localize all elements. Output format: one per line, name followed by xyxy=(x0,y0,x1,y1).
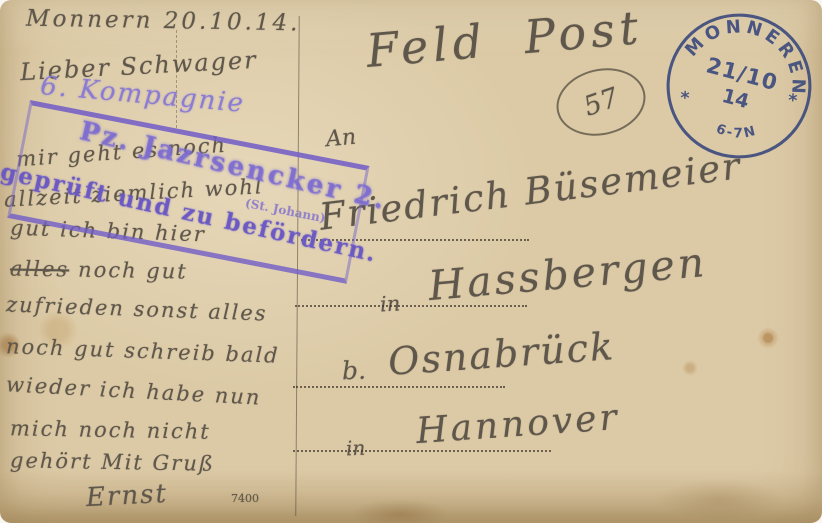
postmark-time-arc: 6-7N xyxy=(714,121,760,142)
message-signature: Ernst xyxy=(85,479,168,513)
address-prefix-in: in xyxy=(379,291,400,316)
message-line: wieder ich habe nun xyxy=(6,372,262,409)
message-dateline: Monnern 20.10.14. xyxy=(26,6,301,37)
message-line: mich noch nicht xyxy=(10,416,211,443)
postmark-star-left: * xyxy=(680,89,690,109)
message-line: gehört Mit Gruß xyxy=(10,448,215,476)
message-line: zufrieden sonst alles xyxy=(6,292,268,325)
address-rule-3 xyxy=(293,386,505,388)
circled-number-value: 57 xyxy=(580,82,623,122)
address-city: Osnabrück xyxy=(387,324,617,384)
left-dashed-line xyxy=(176,30,177,128)
address-town: Hassbergen xyxy=(426,238,708,310)
address-region: Hannover xyxy=(415,397,621,452)
address-rule-2 xyxy=(295,305,527,307)
postmark-date-group: 21/10 14 xyxy=(697,53,780,119)
circled-number: 57 xyxy=(550,60,653,145)
message-line-text: noch gut xyxy=(78,258,188,284)
address-prefix-bei: b. xyxy=(342,356,367,386)
address-rule-4 xyxy=(293,450,551,452)
postcard-scan: Monnern 20.10.14. Lieber Schwager mir ge… xyxy=(0,0,822,523)
message-line: allesnoch gut xyxy=(10,256,188,283)
address-intro: An xyxy=(325,125,357,153)
feldpost-title: Feld Post xyxy=(364,0,645,78)
censor-stamp-box: Pz. Jazrsencker 2. (St. Johann) geprüft … xyxy=(7,100,370,284)
pencil-number: 7400 xyxy=(231,492,259,505)
message-line: noch gut schreib bald xyxy=(6,334,280,368)
address-prefix-in: in xyxy=(346,436,366,461)
struck-out-word: alles xyxy=(10,256,70,281)
postcard-paper: Monnern 20.10.14. Lieber Schwager mir ge… xyxy=(0,0,822,523)
postmark-star-right: * xyxy=(788,91,798,111)
postmark-monneren: MONNEREN 6-7N 21/10 14 * * xyxy=(660,7,818,165)
